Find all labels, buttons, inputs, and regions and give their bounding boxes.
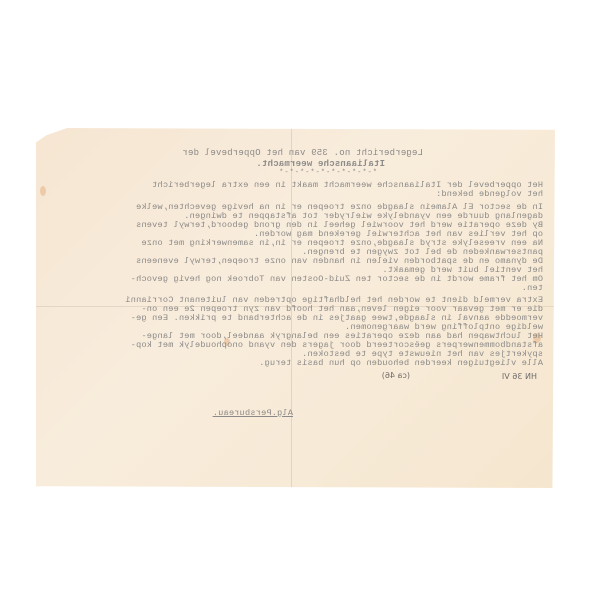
header-line-1: Legerbericht no. 359 van het Opperbevel …	[182, 148, 423, 158]
body-line: Om het frame wordt in de sector ten Zuid…	[131, 274, 544, 284]
mirrored-text-layer: Legerbericht no. 359 van het Opperbevel …	[36, 128, 555, 488]
body-line: ten.	[522, 283, 543, 293]
document-paper: Legerbericht no. 359 van het Opperbevel …	[36, 128, 555, 488]
handwritten-note-left: (ca 46)	[382, 371, 410, 380]
body-line: het volgende bekend:	[436, 189, 543, 199]
handwritten-note-right: HN 36 VI	[502, 372, 537, 381]
header-dots: *-*-*-*-*-*-*-*-*-*	[278, 168, 377, 178]
body-line: Alle vliegtuigen keerden behouden op hun…	[259, 358, 543, 368]
signature: Alg.Persbureau.	[213, 408, 293, 418]
